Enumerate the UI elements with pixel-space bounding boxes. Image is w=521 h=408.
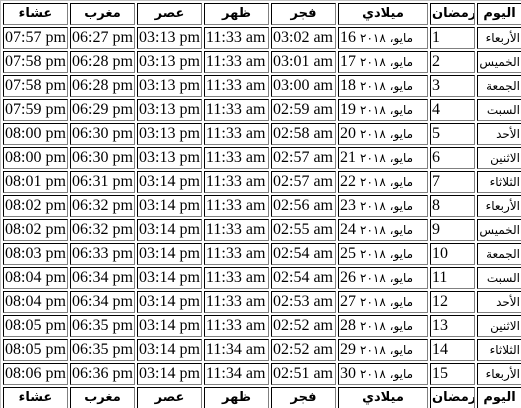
date-day: 17 xyxy=(340,53,356,70)
date-month-year: مايو، ٢٠١٨ xyxy=(360,127,413,141)
isha-cell: 08:04 pm xyxy=(3,267,68,289)
fajr-cell: 02:55 am xyxy=(271,219,336,241)
footer-gregorian: ميلادي xyxy=(338,387,428,408)
dhuhr-cell: 11:34 am xyxy=(204,339,269,361)
footer-fajr: فجر xyxy=(271,387,336,408)
table-row: 08:06 pm06:36 pm03:14 pm11:34 am02:51 am… xyxy=(3,363,521,385)
ramadan-day-cell: 5 xyxy=(430,123,475,145)
table-row: 08:04 pm06:34 pm03:14 pm11:33 am02:54 am… xyxy=(3,267,521,289)
date-month-year: مايو، ٢٠١٨ xyxy=(360,223,413,237)
weekday-cell: الجمعة xyxy=(477,75,521,97)
fajr-cell: 03:00 am xyxy=(271,75,336,97)
asr-cell: 03:13 pm xyxy=(137,51,202,73)
dhuhr-cell: 11:33 am xyxy=(204,75,269,97)
gregorian-date-cell: 27 مايو، ٢٠١٨ xyxy=(338,291,428,313)
isha-cell: 08:00 pm xyxy=(3,123,68,145)
asr-cell: 03:14 pm xyxy=(137,315,202,337)
ramadan-day-cell: 2 xyxy=(430,51,475,73)
maghrib-cell: 06:35 pm xyxy=(70,339,135,361)
fajr-cell: 02:59 am xyxy=(271,99,336,121)
timetable-body: 07:57 pm06:27 pm03:13 pm11:33 am03:02 am… xyxy=(3,27,521,385)
weekday-cell: السبت xyxy=(477,99,521,121)
maghrib-cell: 06:28 pm xyxy=(70,51,135,73)
header-gregorian: ميلادي xyxy=(338,3,428,25)
gregorian-date-cell: 20 مايو، ٢٠١٨ xyxy=(338,123,428,145)
table-row: 08:05 pm06:35 pm03:14 pm11:33 am02:52 am… xyxy=(3,315,521,337)
isha-cell: 07:58 pm xyxy=(3,75,68,97)
ramadan-day-cell: 4 xyxy=(430,99,475,121)
gregorian-date-cell: 28 مايو، ٢٠١٨ xyxy=(338,315,428,337)
date-month-year: مايو، ٢٠١٨ xyxy=(360,175,413,189)
ramadan-day-cell: 6 xyxy=(430,147,475,169)
isha-cell: 08:02 pm xyxy=(3,195,68,217)
table-row: 08:04 pm06:34 pm03:14 pm11:33 am02:53 am… xyxy=(3,291,521,313)
dhuhr-cell: 11:33 am xyxy=(204,195,269,217)
isha-cell: 08:02 pm xyxy=(3,219,68,241)
date-day: 21 xyxy=(340,149,356,166)
weekday-cell: الأربعاء xyxy=(477,363,521,385)
date-day: 19 xyxy=(340,101,356,118)
weekday-cell: الثلاثاء xyxy=(477,171,521,193)
gregorian-date-cell: 19 مايو، ٢٠١٨ xyxy=(338,99,428,121)
fajr-cell: 02:51 am xyxy=(271,363,336,385)
gregorian-date-cell: 18 مايو، ٢٠١٨ xyxy=(338,75,428,97)
fajr-cell: 02:57 am xyxy=(271,171,336,193)
dhuhr-cell: 11:33 am xyxy=(204,267,269,289)
gregorian-date-cell: 29 مايو، ٢٠١٨ xyxy=(338,339,428,361)
maghrib-cell: 06:34 pm xyxy=(70,267,135,289)
header-isha: عشاء xyxy=(3,3,68,25)
footer-maghrib: مغرب xyxy=(70,387,135,408)
footer-isha: عشاء xyxy=(3,387,68,408)
isha-cell: 07:57 pm xyxy=(3,27,68,49)
isha-cell: 08:03 pm xyxy=(3,243,68,265)
fajr-cell: 02:56 am xyxy=(271,195,336,217)
table-row: 08:01 pm06:31 pm03:14 pm11:33 am02:57 am… xyxy=(3,171,521,193)
date-day: 24 xyxy=(340,221,356,238)
footer-ramadan: رمضان xyxy=(430,387,475,408)
maghrib-cell: 06:32 pm xyxy=(70,195,135,217)
header-row: عشاء مغرب عصر ظهر فجر ميلادي رمضان اليوم xyxy=(3,3,521,25)
maghrib-cell: 06:33 pm xyxy=(70,243,135,265)
asr-cell: 03:13 pm xyxy=(137,99,202,121)
date-day: 16 xyxy=(340,29,356,46)
gregorian-date-cell: 21 مايو، ٢٠١٨ xyxy=(338,147,428,169)
ramadan-day-cell: 7 xyxy=(430,171,475,193)
dhuhr-cell: 11:34 am xyxy=(204,363,269,385)
fajr-cell: 02:57 am xyxy=(271,147,336,169)
table-row: 07:57 pm06:27 pm03:13 pm11:33 am03:02 am… xyxy=(3,27,521,49)
date-month-year: مايو، ٢٠١٨ xyxy=(360,151,413,165)
table-row: 08:00 pm06:30 pm03:13 pm11:33 am02:58 am… xyxy=(3,123,521,145)
date-month-year: مايو، ٢٠١٨ xyxy=(360,271,413,285)
ramadan-day-cell: 15 xyxy=(430,363,475,385)
gregorian-date-cell: 25 مايو، ٢٠١٨ xyxy=(338,243,428,265)
date-month-year: مايو، ٢٠١٨ xyxy=(360,199,413,213)
ramadan-day-cell: 9 xyxy=(430,219,475,241)
header-asr: عصر xyxy=(137,3,202,25)
asr-cell: 03:14 pm xyxy=(137,291,202,313)
date-day: 29 xyxy=(340,341,356,358)
footer-dhuhr: ظهر xyxy=(204,387,269,408)
ramadan-day-cell: 11 xyxy=(430,267,475,289)
gregorian-date-cell: 17 مايو، ٢٠١٨ xyxy=(338,51,428,73)
asr-cell: 03:14 pm xyxy=(137,339,202,361)
isha-cell: 08:04 pm xyxy=(3,291,68,313)
maghrib-cell: 06:27 pm xyxy=(70,27,135,49)
date-month-year: مايو، ٢٠١٨ xyxy=(360,319,413,333)
dhuhr-cell: 11:33 am xyxy=(204,51,269,73)
dhuhr-cell: 11:33 am xyxy=(204,243,269,265)
table-row: 07:59 pm06:29 pm03:13 pm11:33 am02:59 am… xyxy=(3,99,521,121)
table-row: 08:02 pm06:32 pm03:14 pm11:33 am02:56 am… xyxy=(3,195,521,217)
table-row: 07:58 pm06:28 pm03:13 pm11:33 am03:00 am… xyxy=(3,75,521,97)
date-month-year: مايو، ٢٠١٨ xyxy=(360,79,413,93)
weekday-cell: الخميس xyxy=(477,219,521,241)
date-month-year: مايو، ٢٠١٨ xyxy=(360,295,413,309)
header-ramadan: رمضان xyxy=(430,3,475,25)
prayer-timetable: عشاء مغرب عصر ظهر فجر ميلادي رمضان اليوم… xyxy=(0,0,521,408)
weekday-cell: الثلاثاء xyxy=(477,339,521,361)
date-day: 18 xyxy=(340,77,356,94)
maghrib-cell: 06:34 pm xyxy=(70,291,135,313)
asr-cell: 03:14 pm xyxy=(137,195,202,217)
table-row: 08:05 pm06:35 pm03:14 pm11:34 am02:52 am… xyxy=(3,339,521,361)
ramadan-day-cell: 13 xyxy=(430,315,475,337)
footer-asr: عصر xyxy=(137,387,202,408)
date-day: 30 xyxy=(340,365,356,382)
footer-day: اليوم xyxy=(477,387,521,408)
weekday-cell: الأحد xyxy=(477,123,521,145)
dhuhr-cell: 11:33 am xyxy=(204,171,269,193)
date-month-year: مايو، ٢٠١٨ xyxy=(360,367,413,381)
fajr-cell: 02:54 am xyxy=(271,267,336,289)
fajr-cell: 03:02 am xyxy=(271,27,336,49)
isha-cell: 08:05 pm xyxy=(3,315,68,337)
isha-cell: 07:59 pm xyxy=(3,99,68,121)
date-day: 28 xyxy=(340,317,356,334)
date-month-year: مايو، ٢٠١٨ xyxy=(360,55,413,69)
date-month-year: مايو، ٢٠١٨ xyxy=(360,247,413,261)
dhuhr-cell: 11:33 am xyxy=(204,123,269,145)
header-maghrib: مغرب xyxy=(70,3,135,25)
ramadan-day-cell: 1 xyxy=(430,27,475,49)
header-day: اليوم xyxy=(477,3,521,25)
dhuhr-cell: 11:33 am xyxy=(204,315,269,337)
gregorian-date-cell: 24 مايو، ٢٠١٨ xyxy=(338,219,428,241)
asr-cell: 03:14 pm xyxy=(137,363,202,385)
date-day: 27 xyxy=(340,293,356,310)
fajr-cell: 02:54 am xyxy=(271,243,336,265)
date-day: 22 xyxy=(340,173,356,190)
weekday-cell: الأربعاء xyxy=(477,195,521,217)
weekday-cell: السبت xyxy=(477,267,521,289)
ramadan-day-cell: 8 xyxy=(430,195,475,217)
weekday-cell: الأحد xyxy=(477,291,521,313)
dhuhr-cell: 11:33 am xyxy=(204,291,269,313)
ramadan-day-cell: 3 xyxy=(430,75,475,97)
ramadan-day-cell: 10 xyxy=(430,243,475,265)
fajr-cell: 02:52 am xyxy=(271,315,336,337)
isha-cell: 08:05 pm xyxy=(3,339,68,361)
weekday-cell: الاثنين xyxy=(477,315,521,337)
table-row: 08:02 pm06:32 pm03:14 pm11:33 am02:55 am… xyxy=(3,219,521,241)
fajr-cell: 02:52 am xyxy=(271,339,336,361)
asr-cell: 03:13 pm xyxy=(137,123,202,145)
table-row: 08:03 pm06:33 pm03:14 pm11:33 am02:54 am… xyxy=(3,243,521,265)
weekday-cell: الأربعاء xyxy=(477,27,521,49)
asr-cell: 03:13 pm xyxy=(137,147,202,169)
date-month-year: مايو، ٢٠١٨ xyxy=(360,31,413,45)
maghrib-cell: 06:28 pm xyxy=(70,75,135,97)
table-row: 07:58 pm06:28 pm03:13 pm11:33 am03:01 am… xyxy=(3,51,521,73)
maghrib-cell: 06:35 pm xyxy=(70,315,135,337)
ramadan-day-cell: 12 xyxy=(430,291,475,313)
date-day: 23 xyxy=(340,197,356,214)
asr-cell: 03:13 pm xyxy=(137,27,202,49)
maghrib-cell: 06:31 pm xyxy=(70,171,135,193)
dhuhr-cell: 11:33 am xyxy=(204,27,269,49)
header-dhuhr: ظهر xyxy=(204,3,269,25)
date-day: 20 xyxy=(340,125,356,142)
footer-row: عشاء مغرب عصر ظهر فجر ميلادي رمضان اليوم xyxy=(3,387,521,408)
gregorian-date-cell: 23 مايو، ٢٠١٨ xyxy=(338,195,428,217)
isha-cell: 08:01 pm xyxy=(3,171,68,193)
fajr-cell: 02:53 am xyxy=(271,291,336,313)
date-month-year: مايو، ٢٠١٨ xyxy=(360,343,413,357)
isha-cell: 07:58 pm xyxy=(3,51,68,73)
dhuhr-cell: 11:33 am xyxy=(204,219,269,241)
header-fajr: فجر xyxy=(271,3,336,25)
fajr-cell: 02:58 am xyxy=(271,123,336,145)
asr-cell: 03:14 pm xyxy=(137,219,202,241)
date-day: 26 xyxy=(340,269,356,286)
weekday-cell: الاثنين xyxy=(477,147,521,169)
maghrib-cell: 06:30 pm xyxy=(70,123,135,145)
gregorian-date-cell: 26 مايو، ٢٠١٨ xyxy=(338,267,428,289)
dhuhr-cell: 11:33 am xyxy=(204,99,269,121)
maghrib-cell: 06:32 pm xyxy=(70,219,135,241)
maghrib-cell: 06:29 pm xyxy=(70,99,135,121)
asr-cell: 03:14 pm xyxy=(137,171,202,193)
isha-cell: 08:06 pm xyxy=(3,363,68,385)
date-day: 25 xyxy=(340,245,356,262)
ramadan-day-cell: 14 xyxy=(430,339,475,361)
weekday-cell: الخميس xyxy=(477,51,521,73)
table-row: 08:00 pm06:30 pm03:13 pm11:33 am02:57 am… xyxy=(3,147,521,169)
maghrib-cell: 06:30 pm xyxy=(70,147,135,169)
fajr-cell: 03:01 am xyxy=(271,51,336,73)
date-month-year: مايو، ٢٠١٨ xyxy=(360,103,413,117)
isha-cell: 08:00 pm xyxy=(3,147,68,169)
dhuhr-cell: 11:33 am xyxy=(204,147,269,169)
gregorian-date-cell: 30 مايو، ٢٠١٨ xyxy=(338,363,428,385)
asr-cell: 03:14 pm xyxy=(137,267,202,289)
weekday-cell: الجمعة xyxy=(477,243,521,265)
asr-cell: 03:13 pm xyxy=(137,75,202,97)
gregorian-date-cell: 22 مايو، ٢٠١٨ xyxy=(338,171,428,193)
maghrib-cell: 06:36 pm xyxy=(70,363,135,385)
gregorian-date-cell: 16 مايو، ٢٠١٨ xyxy=(338,27,428,49)
asr-cell: 03:14 pm xyxy=(137,243,202,265)
